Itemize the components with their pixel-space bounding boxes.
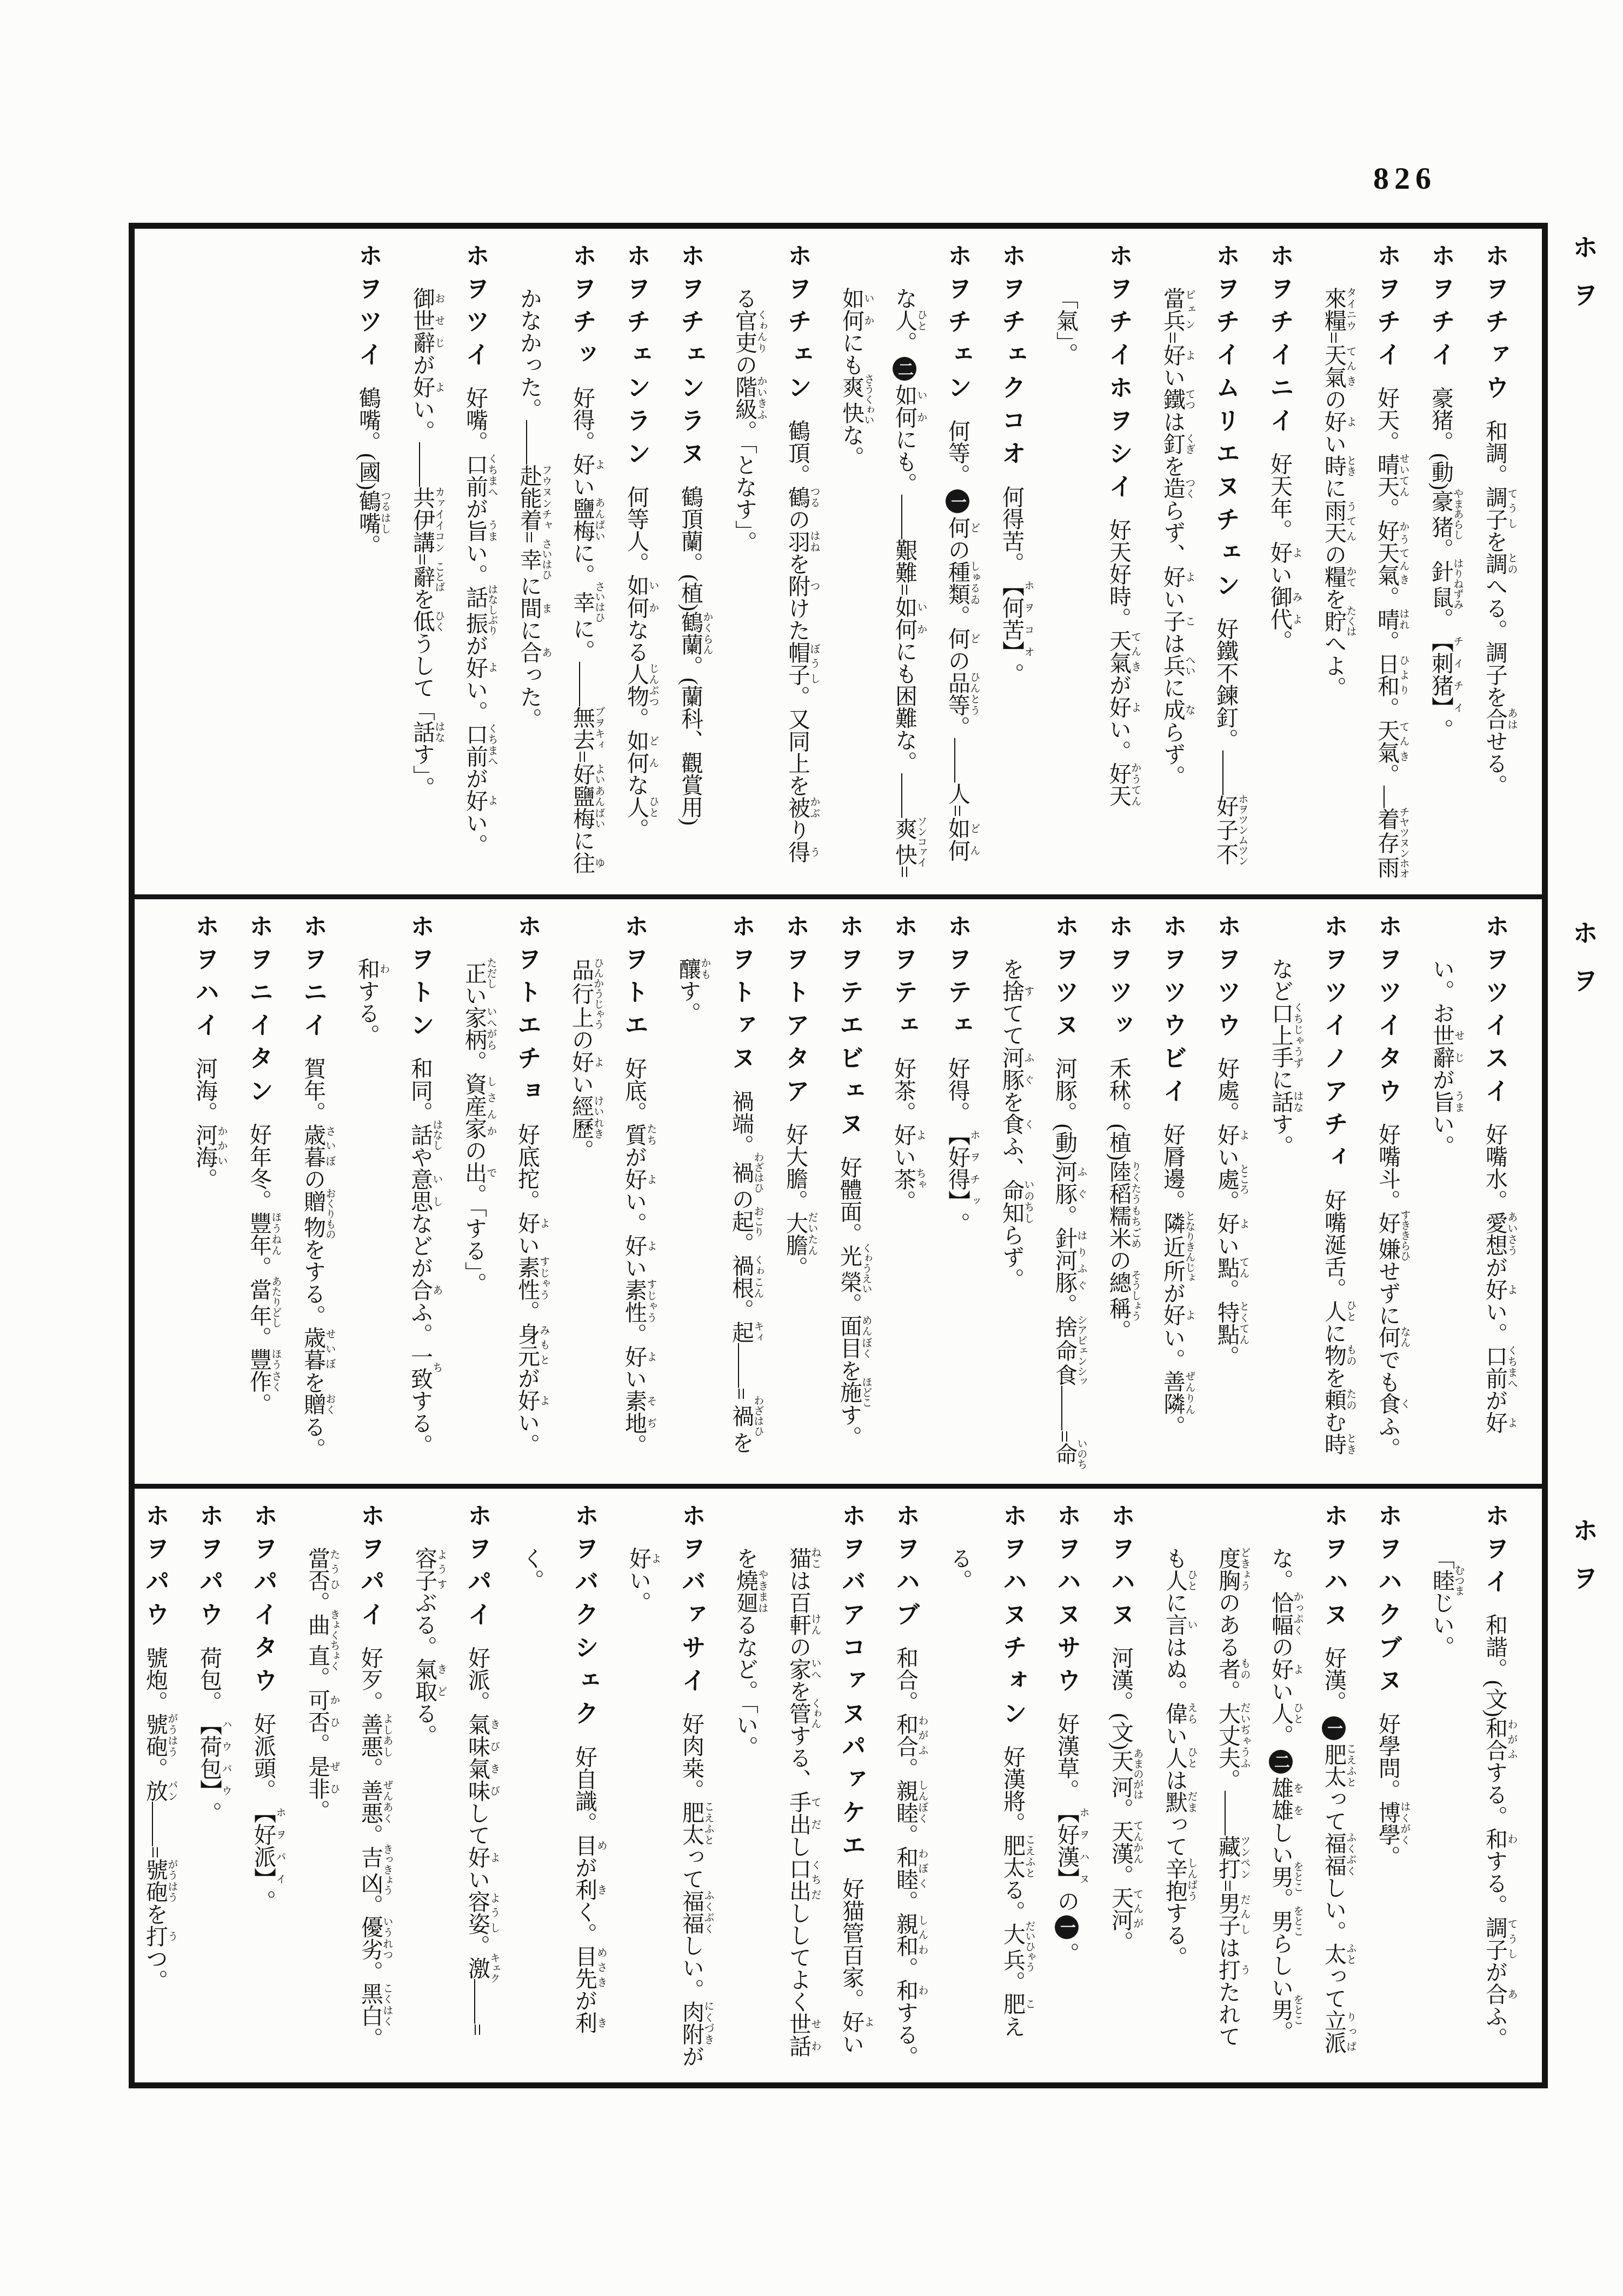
ruby-term: 禍根くゎこん: [729, 1255, 754, 1299]
ruby-term: 親睦しんぼく: [893, 1780, 918, 1824]
entry-definition: 和諧。(文)和合わがふする。和わする。調子てうしが合あふ。「睦むつまじい。: [1429, 1547, 1507, 2049]
ruby-term: 好よ: [839, 2010, 864, 2033]
ruby-term: 命知いのちし: [999, 1179, 1024, 1224]
entry-definition: 河漢。(文)天河あまのがは。天漢てんかん。天河てんが。: [1108, 1647, 1133, 1953]
ruby-term: 親和しんわ: [893, 1913, 918, 1957]
ruby-term: 大丈夫だいぢゃうふ: [1215, 1702, 1240, 1769]
dictionary-entry: ホヲチイムリエヌチェン好鐵不鍊釘。——好子不當兵ホヲツンムツンピェン=好よい鐵て…: [1146, 243, 1252, 880]
ruby-term: 世辭せじ: [1429, 1024, 1454, 1069]
entry-headword: ホヲトアタア: [782, 913, 809, 1111]
ruby-term: 者もの: [1215, 1658, 1240, 1680]
dictionary-entry: ホヲチェン鶴頂。鶴つるの羽はねを附つけた帽子ぼうし。又同上を被かぶり得うる官吏く…: [718, 243, 824, 880]
ruby-term: 何ど: [945, 627, 970, 649]
ruby-term: 目め: [572, 1834, 597, 1856]
page-frame: ホヲチァウ和調。調子てうしを調とのへる。調子を合あはせる。ホヲチイ豪猪。(動)豪…: [129, 223, 1548, 2088]
dictionary-entry: ホヲパイ好歹。善悪よしあし。善悪ぜんあく。吉凶きっきょう。優劣いうれつ。黑白こく…: [291, 1503, 397, 2068]
ruby-term: 好よ: [891, 1124, 916, 1146]
ruby-term: 河豚ふぐ: [1052, 1160, 1077, 1205]
ruby-term: 質たち: [622, 1124, 647, 1146]
ruby-term: 釀かも: [676, 958, 701, 980]
ruby-term: 口前くちまへ: [463, 453, 488, 497]
ruby-term: 利き: [572, 1879, 597, 1901]
margin-kana-label-band1: ホヲ: [1564, 234, 1601, 329]
ruby-term: 低ひく: [410, 610, 435, 632]
entry-definition: 好體面。光榮くゎうえい。面目めんぼくを施ほどこす。: [837, 1156, 862, 1448]
ruby-term: 和合わがふ: [893, 1713, 918, 1757]
sense-number-icon: 二: [1269, 1750, 1293, 1774]
ruby-term: 口出くちだ: [786, 1857, 811, 1902]
entry-headword: ホヲバァサイ: [678, 1503, 705, 1701]
ruby-term: 放パン: [143, 1780, 168, 1802]
entry-headword: ホヲツイスイ: [1481, 913, 1508, 1111]
dictionary-band-1: ホヲチァウ和調。調子てうしを調とのへる。調子を合あはせる。ホヲチイ豪猪。(動)豪…: [135, 229, 1542, 894]
dictionary-entry: ホヲハブ和合。和合わがふ。親睦しんぼく。和睦わぼく。親和しんわ。和わする。: [879, 1503, 932, 2068]
dictionary-entry: ホヲツイスイ好嘴水。愛想あいさうが好よい。口前くちまへが好よい。お世辭せじが旨う…: [1415, 913, 1521, 1470]
ruby-term: 人ひと: [1162, 1569, 1187, 1591]
ruby-term: 肥太こえふと: [1321, 1743, 1346, 1788]
ruby-term: 天氣てんき: [1374, 719, 1399, 764]
entry-headword: ホヲニイタン: [245, 913, 272, 1111]
entry-headword: ホヲツイノアチィ: [1320, 913, 1347, 1177]
ruby-term: 男をとこ: [1268, 1999, 1293, 2021]
page-number: 826: [1373, 160, 1436, 196]
dictionary-entry: ホヲツイノアチィ好嘴涎舌。人ひとに物ものを頼たのむ時ときなど口上手くちじゃうずに…: [1254, 913, 1360, 1470]
dictionary-entry: ホヲパイタウ好派頭。【好派】ホヲパイ。: [237, 1503, 290, 2068]
ruby-term: 時とき: [1321, 455, 1346, 477]
ruby-term: 辭ことば: [410, 566, 435, 588]
entry-definition: 和調。調子てうしを調とのへる。調子を合あはせる。: [1482, 420, 1507, 797]
dictionary-entry: ホヲニイタン好年冬。豐年ほうねん。當年あたりどし。豐作ほうさく。: [232, 913, 285, 1470]
entry-definition: 好處。好よい處ところ。好よい點てん。特點とくてん。: [1214, 1057, 1239, 1368]
ruby-term: 陸稻糯米りくたうもちごめ: [1106, 1160, 1131, 1249]
dictionary-entry: ホヲニイ賀年。歳暮さいぼの贈物おくりものをする。歳暮せいぼを贈おくる。: [287, 913, 340, 1470]
entry-headword: ホヲテエビェヌ: [836, 913, 863, 1144]
ruby-term: 和合わがふ: [1482, 1717, 1507, 1761]
entry-headword: ホヲツイタウ: [1374, 913, 1401, 1111]
ruby-term: 口前くちまへ: [463, 723, 488, 767]
ruby-term: 好よ: [515, 1389, 540, 1411]
ruby-term: 好よ: [463, 656, 488, 679]
dictionary-entry: ホヲツッ禾秫。(植)陸稻糯米りくたうもちごめの總稱そうしょう。: [1092, 913, 1145, 1470]
ruby-term: 往ゆ: [570, 852, 595, 874]
ruby-term: 家いへ: [786, 1658, 811, 1680]
ruby-term: 好よ: [569, 1051, 594, 1073]
ruby-term: 好よ: [1214, 1212, 1239, 1235]
ruby-term: 素性すじゃう: [622, 1279, 647, 1323]
ruby-term: 世話せわ: [786, 2013, 811, 2057]
ruby-term: 子こ: [1160, 610, 1185, 632]
ruby-term: 和わ: [355, 958, 380, 980]
ruby-term: 資産家しさんか: [462, 1073, 487, 1139]
ruby-term: 好よ: [1160, 344, 1185, 366]
dictionary-entry: ホヲハヌ好漢。一肥太こえふとって福福ふくぶくしい。太ふとって立派りっぱな。恰幅か…: [1148, 1503, 1360, 2068]
ruby-term: 無去ブヲキィ: [570, 706, 595, 751]
entry-definition: 何得苦。【何苦】ホヲコオ。: [999, 486, 1024, 685]
ruby-term: 素性すじゃう: [515, 1256, 540, 1300]
entry-headword: ホヲツウ: [1213, 913, 1240, 1045]
entry-definition: 好年冬。豐年ほうねん。當年あたりどし。豐作ほうさく。: [247, 1123, 271, 1415]
entry-definition: 好脣邊。隣近所となりきんじょが好よい。善隣ぜんりん。: [1160, 1123, 1185, 1437]
entry-definition: 河海。河海かかい。: [192, 1057, 217, 1190]
ruby-term: 【荷包】ハウパウ: [197, 1713, 222, 1802]
ruby-term: 食く: [1375, 1392, 1400, 1415]
ruby-term: 好よ: [515, 1212, 540, 1234]
dictionary-entry: ホヲテェ好茶。好よい茶ちゃ。: [877, 913, 930, 1470]
ruby-term: 贈おく: [301, 1393, 325, 1415]
ruby-term: 男子だんし: [1215, 1892, 1240, 1936]
ruby-term: 日和ひより: [1374, 653, 1399, 697]
ruby-term: 羽はね: [785, 530, 810, 553]
entry-definition: 豪猪。(動)豪猪やまあらし。針鼠はりねずみ。【刺猪】チイチイ。: [1428, 387, 1453, 741]
ruby-term: 人ひと: [892, 309, 917, 331]
ruby-term: 好天氣かうてんき: [1374, 520, 1399, 586]
ruby-term: 天氣てんき: [1106, 629, 1131, 674]
ruby-term: 如何いか: [892, 596, 917, 640]
ruby-term: 物もの: [1321, 1344, 1346, 1366]
dictionary-entry: ホヲパウ號炮。號砲がうはう。放パン——=號砲がうはうを打うつ。: [135, 1503, 182, 2068]
ruby-term: 鐵てつ: [1160, 388, 1185, 410]
ruby-term: 晴はれ: [1374, 608, 1399, 631]
dictionary-band-2: ホヲツイスイ好嘴水。愛想あいさうが好よい。口前くちまへが好よい。お世辭せじが旨う…: [135, 894, 1542, 1484]
ruby-term: 善悪よしあし: [358, 1713, 383, 1757]
dictionary-band-3: ホヲイ和諧。(文)和合わがふする。和わする。調子てうしが合あふ。「睦むつまじい。…: [135, 1484, 1542, 2082]
entry-headword: ホヲパイ: [464, 1503, 491, 1635]
ruby-term: 目先めさき: [572, 1945, 597, 1989]
ruby-term: 好よ: [463, 789, 488, 812]
margin-kana-label-band2: ホヲ: [1564, 919, 1601, 1014]
ruby-term: 茶ちゃ: [891, 1168, 916, 1190]
entry-headword: ホヲバアコァヌパァケエ: [838, 1503, 865, 1866]
entry-headword: ホヲツイ: [355, 243, 382, 375]
ruby-term: 太ふと: [1321, 1943, 1346, 1965]
dictionary-entry: ホヲテエビェヌ好體面。光榮くゎうえい。面目めんぼくを施ほどこす。: [823, 913, 876, 1470]
ruby-term: 歳暮さいぼ: [301, 1124, 325, 1168]
ruby-term: 種類しゅるゐ: [945, 561, 970, 605]
dictionary-entry: ホヲツイ鶴嘴。(國)鶴嘴つるはし。: [342, 243, 395, 880]
ruby-term: 好よ: [1321, 410, 1346, 433]
entry-headword: ホヲパイタウ: [250, 1503, 277, 1701]
ruby-term: 赴能着フウヌンチャ: [517, 464, 542, 531]
dictionary-entry: ホヲイ和諧。(文)和合わがふする。和わする。調子てうしが合あふ。「睦むつまじい。: [1415, 1503, 1521, 2068]
ruby-term: 【好漢】ホヲハヌ: [1054, 1801, 1079, 1890]
sense-number-icon: 二: [893, 357, 916, 381]
ruby-term: 鶴嘴つるはし: [356, 490, 381, 534]
ruby-term: 好よ: [626, 1547, 651, 1569]
ruby-term: 【刺猪】チイチイ: [1428, 630, 1453, 719]
entry-headword: ホヲテェ: [944, 913, 971, 1045]
ruby-term: 好よ: [1214, 1124, 1239, 1146]
ruby-term: 人ひと: [1321, 1300, 1346, 1322]
ruby-term: 好よ: [1160, 566, 1185, 588]
dictionary-entry: ホヲバァサイ好肉桒。肥太こえふとって福福ふくぶくしい。肉附にくづきが好よい。: [612, 1503, 718, 2068]
ruby-term: 調との: [1482, 553, 1507, 575]
ruby-term: 合あは: [1482, 708, 1507, 730]
entry-headword: ホヲパイ: [357, 1503, 384, 1635]
ruby-term: 管くゎん: [786, 1702, 811, 1724]
ruby-term: 福福ふくぶく: [679, 1890, 704, 1934]
dictionary-entry: ホヲバクシェク好自識。目めが利きく。目先めさきが利きく。: [505, 1503, 611, 2068]
dictionary-entry: ホヲパウ荷包。【荷包】ハウパウ。: [183, 1503, 236, 2068]
entry-definition: 鶴嘴。(國)鶴嘴つるはし。: [356, 387, 381, 556]
ruby-term: 間ま: [517, 597, 542, 619]
dictionary-entry: ホヲトン和同。話はなしや意思いしなどが合あふ。一致ちする。和わする。: [341, 913, 447, 1470]
entry-headword: ホヲハブ: [892, 1503, 919, 1635]
ruby-term: 話はな: [410, 721, 435, 743]
ruby-term: 釘くぎ: [1160, 433, 1185, 455]
ruby-term: 正ただし: [462, 958, 487, 984]
entry-headword: ホヲチイ: [1373, 243, 1400, 375]
ruby-term: 處ところ: [1214, 1168, 1239, 1190]
dictionary-entry: ホヲツイタウ好嘴斗。好嫌すききらひせずに何なんでも食くふ。: [1361, 913, 1414, 1470]
ruby-term: 御世辭おせじ: [410, 287, 435, 354]
ruby-term: 食く: [999, 1113, 1024, 1135]
ruby-term: 晴天せいてん: [1374, 453, 1399, 497]
ruby-term: 家柄いへがら: [462, 1006, 487, 1051]
ruby-term: 幸さいはひ: [517, 543, 542, 575]
entry-headword: ホヲチェン: [944, 243, 971, 408]
ruby-term: 和わ: [893, 1979, 918, 2001]
ruby-term: 和わ: [1482, 1828, 1507, 1850]
ruby-term: 如何いか: [624, 574, 649, 619]
ruby-term: 光榮くゎうえい: [837, 1245, 862, 1293]
ruby-term: 黑白こくはく: [358, 1982, 383, 2027]
ruby-term: 手出てだ: [786, 1791, 811, 1835]
dictionary-entry: ホヲトアタア好大膽。大膽だいたん。: [769, 913, 822, 1470]
ruby-term: 話振はなしぶり: [463, 586, 488, 634]
ruby-term: 出で: [462, 1162, 487, 1184]
entry-headword: ホヲバクシェク: [571, 1503, 598, 1734]
ruby-term: 人ひと: [1162, 1747, 1187, 1769]
entry-definition: 好派頭。【好派】ホヲパイ。: [251, 1713, 276, 1912]
ruby-term: 藏打ツンペン: [1215, 1835, 1240, 1880]
entry-headword: ホヲハクブヌ: [1374, 1503, 1401, 1701]
entry-headword: ホヲイ: [1481, 1503, 1508, 1602]
dictionary-entry: ホヲバアコァヌパァケエ好猫管百家。好よい猫ねこは百軒けんの家いへを管くゎんする、…: [719, 1503, 878, 2068]
ruby-term: 打う: [1215, 1959, 1240, 1981]
ruby-term: 雄雄をを: [1268, 1777, 1293, 1821]
ruby-term: 河海かかい: [192, 1124, 217, 1168]
entry-headword: ホヲチァウ: [1481, 243, 1508, 408]
ruby-term: 頼たの: [1321, 1389, 1346, 1411]
entry-definition: 好學問。博學はくがく。: [1375, 1713, 1400, 1868]
ruby-term: 肥太こえふと: [1000, 1834, 1025, 1879]
ruby-term: 豐年ほうねん: [247, 1212, 271, 1256]
ruby-term: 好よ: [1268, 1658, 1293, 1680]
ruby-term: 曲直きょくちょく: [305, 1614, 330, 1667]
ruby-term: 好よ: [622, 1345, 647, 1368]
ruby-term: 調子てうし: [1482, 1916, 1507, 1961]
entry-headword: ホヲチェンラン: [623, 243, 650, 474]
entry-headword: ホヲチイホヲシイ: [1105, 243, 1132, 507]
entry-definition: 何等人。如何いかなる人物じんぶつ。如何どんな人ひと。: [624, 486, 649, 840]
ruby-term: 禍わざはひ: [729, 1157, 754, 1188]
entry-headword: ホヲハイ: [191, 913, 218, 1045]
entry-headword: ホヲチッ: [569, 243, 596, 375]
dictionary-entry: ホヲツウビイ好脣邊。隣近所となりきんじょが好よい。善隣ぜんりん。: [1146, 913, 1199, 1470]
ruby-term: 好よ: [622, 1235, 647, 1257]
entry-definition: 號炮。號砲がうはう。放パン——=號砲がうはうを打うつ。: [143, 1647, 168, 1992]
ruby-term: 燒廻やきまは: [733, 1569, 758, 1614]
ruby-term: 口前くちまへ: [1482, 1345, 1507, 1389]
entry-definition: 好漢草。【好漢】ホヲハヌの一。: [1054, 1713, 1079, 1965]
ruby-term: 共伊講カァイイコン: [410, 487, 435, 553]
entry-headword: ホヲハヌチォン: [999, 1503, 1026, 1734]
ruby-term: 官吏くゎんり: [732, 309, 757, 354]
ruby-term: 命いのち: [1052, 1443, 1077, 1465]
dictionary-entry: ホヲチェンラヌ鶴頂蘭。(植)鶴蘭かくらん。(蘭科、觀賞用): [664, 243, 717, 880]
ruby-term: 可否かひ: [305, 1689, 330, 1733]
ruby-term: 好天かうてん: [1106, 762, 1131, 807]
ruby-term: 話はなし: [408, 1124, 433, 1146]
entry-headword: ホヲツッ: [1105, 913, 1132, 1045]
ruby-term: 愛想あいさう: [1482, 1212, 1507, 1256]
ruby-term: 當年あたりどし: [247, 1278, 271, 1326]
ruby-term: 御代みよ: [1267, 586, 1292, 630]
dictionary-entry: ホヲハヌサウ好漢草。【好漢】ホヲハヌの一。: [1040, 1503, 1093, 2068]
ruby-term: 話はな: [1268, 1091, 1293, 1113]
ruby-term: 善悪ぜんあく: [358, 1780, 383, 1824]
entry-headword: ホヲチイムリエヌチェン: [1212, 243, 1239, 606]
ruby-term: 度胸どきょう: [1215, 1547, 1240, 1591]
ruby-term: 當否たうひ: [305, 1547, 330, 1591]
ruby-term: 兵へい: [1160, 654, 1185, 676]
dictionary-entry: ホヲチェクコオ何得苦。【何苦】ホヲコオ。: [985, 243, 1038, 880]
ruby-term: 好よ: [410, 376, 435, 398]
entry-definition: 好嘴斗。好嫌すききらひせずに何なんでも食くふ。: [1375, 1123, 1400, 1459]
dictionary-entry: ホヲツウ好處。好よい處ところ。好よい點てん。特點とくてん。: [1200, 913, 1253, 1470]
ruby-term: 何なん: [1375, 1326, 1400, 1348]
ruby-term: 特點とくてん: [1214, 1301, 1239, 1345]
ruby-term: 博學はくがく: [1375, 1801, 1400, 1846]
ruby-term: 好よ: [1106, 696, 1131, 718]
entry-headword: ホヲハヌ: [1107, 1503, 1134, 1635]
entry-definition: 好天。晴天せいてん。好天氣かうてんき。晴はれ。日和ひより。天氣てんき。—着存雨來…: [1321, 287, 1399, 879]
ruby-term: 人物じんぶつ: [624, 663, 649, 707]
entry-definition: 和合。和合わがふ。親睦しんぼく。和睦わぼく。親和しんわ。和わする。: [893, 1647, 918, 2068]
ruby-term: 氣取きど: [412, 1658, 437, 1702]
entry-definition: 好漢。一肥太こえふとって福福ふくぶくしい。太ふとって立派りっぱな。恰幅かっぷくの…: [1162, 1547, 1346, 2054]
ruby-term: 合あ: [408, 1279, 433, 1301]
ruby-term: 面目めんぼく: [837, 1315, 862, 1359]
entry-definition: 荷包。【荷包】ハウパウ。: [197, 1647, 222, 1824]
entry-headword: ホヲチイニイ: [1266, 243, 1293, 441]
entry-headword: ホヲツイ: [462, 243, 489, 375]
ruby-term: 好嫌すききらひ: [1375, 1212, 1400, 1260]
ruby-term: 人ひと: [624, 796, 649, 818]
ruby-term: 號砲がうはう: [143, 1859, 168, 1903]
ruby-term: 總稱そうしょう: [1106, 1271, 1131, 1319]
ruby-term: 爽快さうくゎい: [839, 376, 864, 424]
dictionary-entry: ホヲハクブヌ好學問。博學はくがく。: [1361, 1503, 1414, 2068]
ruby-term: 成な: [1160, 699, 1185, 721]
ruby-term: 好よ: [465, 1846, 490, 1868]
ruby-term: 【何苦】ホヲコオ: [999, 574, 1024, 663]
entry-definition: 好得。好よい鹽梅あんばいに。幸さいはひに。——無去ブヲキィ=好鹽梅よいあんばいに…: [517, 287, 595, 874]
ruby-term: 隣近所となりきんじょ: [1160, 1212, 1185, 1282]
dictionary-entry: ホヲトァヌ禍端。禍わざはひの起おこり。禍根くゎこん。起キィ——=禍わざはひを釀か…: [662, 913, 768, 1470]
entry-headword: ホヲパウ: [196, 1503, 223, 1635]
ruby-term: 旨うま: [1429, 1091, 1454, 1113]
dictionary-entry: ホヲチイニイ好天年。好よい御代みよ。: [1253, 243, 1306, 880]
ruby-term: 何ど: [945, 516, 970, 539]
entry-headword: ホヲハヌ: [1320, 1503, 1347, 1635]
dictionary-entry: ホヲトエ好底。質たちが好よい。好よい素性すじゃう。好よい素地そぢ。品行上ひんかう…: [555, 913, 661, 1470]
ruby-term: 禍わざはひ: [729, 1400, 754, 1431]
ruby-term: 階級かいきふ: [732, 376, 757, 420]
dictionary-entry: ホヲチイホヲシイ好天好時。天氣てんきが好よい。好天かうてん「氣」。: [1039, 243, 1145, 880]
dictionary-entry: ホヲチイ豪猪。(動)豪猪やまあらし。針鼠はりねずみ。【刺猪】チイチイ。: [1414, 243, 1467, 880]
ruby-term: 默だま: [1162, 1791, 1187, 1813]
ruby-term: 品等ひんとう: [945, 672, 970, 716]
ruby-term: 好よ: [1482, 1411, 1507, 1434]
ruby-term: 天氣てんき: [1321, 344, 1346, 388]
ruby-term: 打う: [143, 1925, 168, 1947]
ruby-term: 被かぶ: [785, 797, 810, 819]
ruby-term: 福福ふくぶく: [1321, 1832, 1346, 1876]
dictionary-entry: ホヲチェンラン何等人。如何いかなる人物じんぶつ。如何どんな人ひと。: [610, 243, 663, 880]
ruby-term: 豐作ほうさく: [247, 1348, 271, 1392]
ruby-term: 激キェク: [465, 1957, 490, 1979]
ruby-term: 附つ: [785, 575, 810, 597]
ruby-term: 口上手くちじゃうず: [1268, 1002, 1293, 1069]
ruby-term: 好よ: [1482, 1278, 1507, 1300]
ruby-term: 河豚ふぐ: [999, 1046, 1024, 1091]
ruby-term: 意思いし: [408, 1168, 433, 1212]
ruby-term: 言い: [1162, 1614, 1187, 1636]
ruby-term: 如何いか: [839, 287, 864, 331]
ruby-term: 是非ぜひ: [305, 1755, 330, 1800]
ruby-term: 男をとこ: [1268, 1866, 1293, 1888]
ruby-term: 點てん: [1214, 1257, 1239, 1279]
ruby-term: 起キィ: [729, 1321, 754, 1343]
ruby-term: 好よ: [1267, 541, 1292, 563]
dictionary-entry: ホヲチッ好得。好よい鹽梅あんばいに。幸さいはひに。——無去ブヲキィ=好鹽梅よいあ…: [503, 243, 609, 880]
dictionary-entry: ホヲテェ好得。【好得】ホヲチッ。: [931, 913, 984, 1470]
ruby-term: 好よ: [1160, 1304, 1185, 1326]
ruby-term: 肉附にくづき: [679, 2001, 704, 2045]
entry-headword: ホヲニイ: [300, 913, 327, 1045]
ruby-term: 起おこり: [729, 1210, 754, 1232]
ruby-term: 軒けん: [786, 1614, 811, 1636]
ruby-term: 容姿ようし: [465, 1890, 490, 1935]
entry-headword: ホヲパウ: [142, 1503, 169, 1635]
ruby-term: 天河あまのがは: [1108, 1750, 1133, 1798]
ruby-term: 捨命食シアピェンシッ: [1052, 1316, 1077, 1386]
ruby-term: 素地そぢ: [622, 1390, 647, 1434]
ruby-term: 針鼠はりねずみ: [1428, 560, 1453, 608]
ruby-term: 鶴つる: [785, 486, 810, 508]
dictionary-entry: ホヲチァウ和調。調子てうしを調とのへる。調子を合あはせる。: [1468, 243, 1521, 880]
ruby-term: 捨す: [999, 980, 1024, 1002]
ruby-term: 和睦わぼく: [893, 1846, 918, 1890]
ruby-term: 合あ: [1482, 1983, 1507, 2005]
entry-definition: 鶴頂蘭。(植)鶴蘭かくらん。(蘭科、觀賞用): [678, 486, 703, 826]
dictionary-entry: ホヲツヌ河豚。(動)河豚ふぐ。針河豚はりふぐ。捨命食シアピェンシッ——=命いのち…: [985, 913, 1091, 1470]
entry-definition: 禾秫。(植)陸稻糯米りくたうもちごめの總稱そうしょう。: [1106, 1057, 1131, 1342]
ruby-term: 好鹽梅よいあんばい: [570, 763, 595, 830]
entry-definition: 賀年。歳暮さいぼの贈物おくりものをする。歳暮せいぼを贈おくる。: [301, 1057, 325, 1460]
ruby-term: 帽子ぼうし: [785, 641, 810, 686]
entry-definition: 好天年。好よい御代みよ。: [1267, 453, 1292, 652]
ruby-term: 恰幅かっぷく: [1268, 1591, 1293, 1636]
ruby-term: 贈物おくりもの: [301, 1190, 325, 1238]
ruby-term: 辛抱しんばう: [1162, 1857, 1187, 1902]
sense-number-icon: 一: [1322, 1716, 1346, 1740]
dictionary-entry: ホヲパイ好派。氣味氣味きびきびして好よい容姿ようし。激キェク——=容子ようすぶる…: [398, 1503, 504, 2068]
entry-headword: ホヲハヌサウ: [1053, 1503, 1080, 1701]
ruby-term: 身元みもと: [515, 1323, 540, 1367]
ruby-term: 容子ようす: [412, 1547, 437, 1591]
